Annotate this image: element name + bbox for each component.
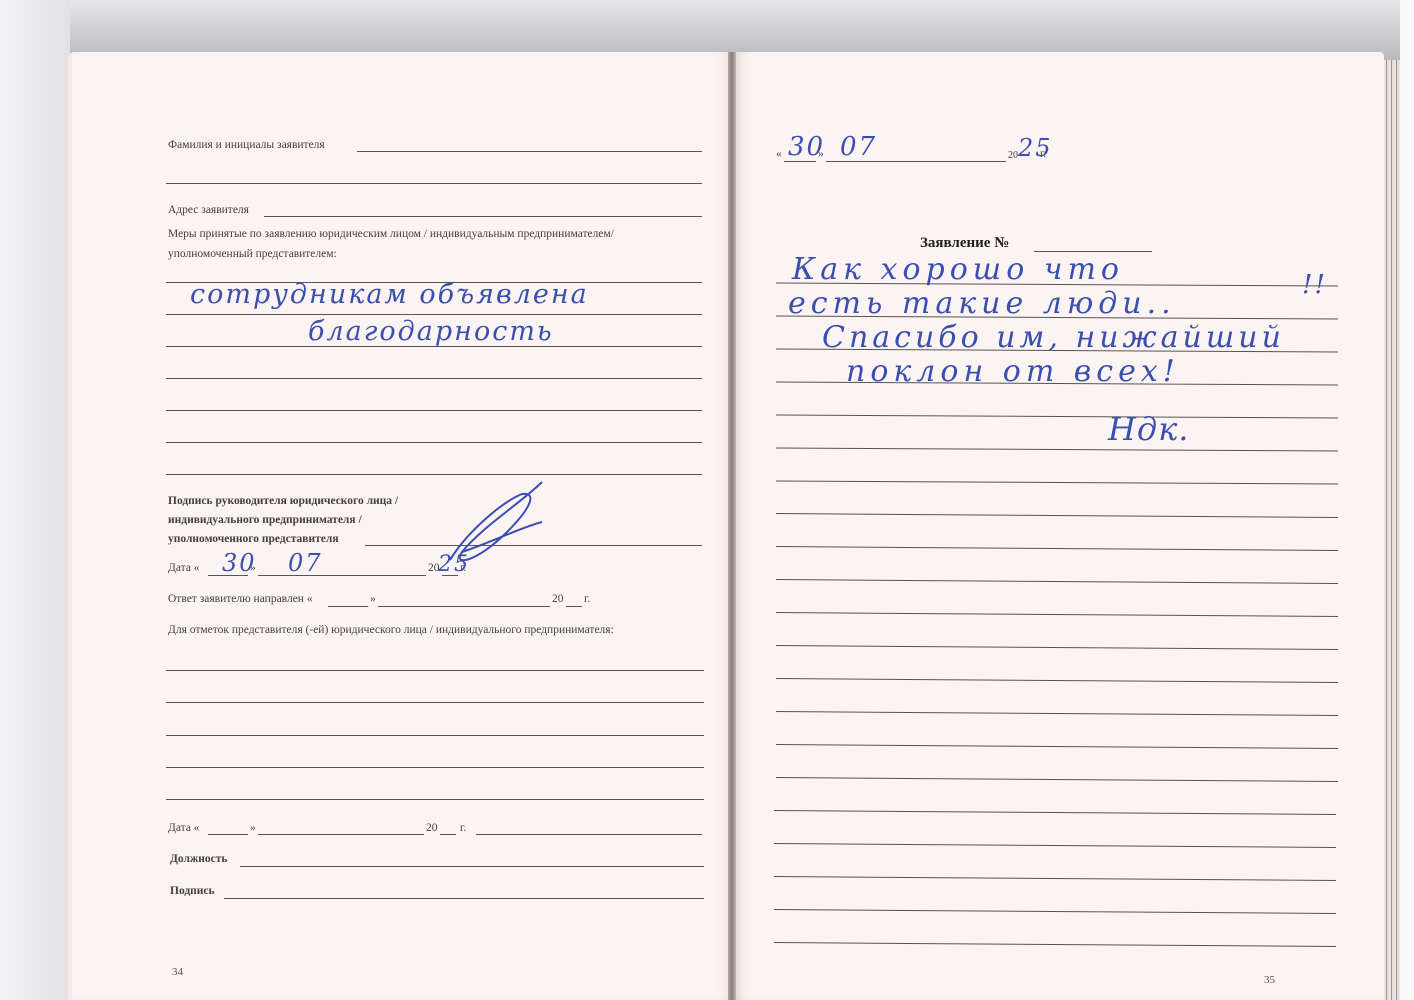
scanner-background-left (0, 0, 70, 1000)
statement-title: Заявление № (920, 235, 1009, 252)
response-year-suffix: г. (584, 593, 590, 605)
date-year-handwritten: 25 (438, 552, 470, 577)
statement-line[interactable] (774, 810, 1336, 815)
remarks-line[interactable] (166, 767, 704, 768)
right-date-year-handwritten: 25 (1018, 134, 1053, 162)
response-label: Ответ заявителю направлен « (168, 593, 313, 605)
statement-line[interactable] (776, 448, 1338, 452)
bottom-date-month-field[interactable] (258, 834, 424, 835)
measures-label-2: уполномоченный представителем: (168, 248, 337, 260)
date-label: Дата « (168, 562, 200, 574)
right-page: « » 20 г. 30 07 25 Заявление № Как хорош… (736, 52, 1384, 1000)
date-month-field[interactable] (258, 575, 426, 576)
applicant-address-field[interactable] (264, 216, 702, 217)
statement-line[interactable] (776, 579, 1338, 584)
response-quote-close: » (370, 593, 376, 605)
applicant-name-field[interactable] (357, 151, 702, 152)
measures-line[interactable] (166, 442, 702, 443)
statement-line[interactable] (774, 909, 1336, 914)
remarks-line[interactable] (166, 799, 704, 800)
measures-handwriting-line2: благодарность (308, 316, 554, 347)
margin-exclamation-marks: !! (1302, 270, 1327, 300)
applicant-address-label: Адрес заявителя (168, 204, 249, 216)
statement-line[interactable] (776, 711, 1338, 716)
scanner-background-top (0, 0, 1414, 60)
page-number-left: 34 (172, 966, 183, 978)
measures-line[interactable] (166, 410, 702, 411)
statement-line[interactable] (776, 645, 1338, 650)
statement-line[interactable] (776, 678, 1338, 683)
right-date-year-prefix: 20 (1008, 150, 1018, 161)
statement-line[interactable] (774, 942, 1336, 947)
response-year-field[interactable] (566, 606, 582, 607)
response-month-field[interactable] (378, 606, 550, 607)
bottom-date-label: Дата « (168, 822, 200, 834)
applicant-name-label: Фамилия и инициалы заявителя (168, 139, 325, 151)
statement-line[interactable] (776, 546, 1338, 551)
response-day-field[interactable] (328, 606, 368, 607)
right-date-month-handwritten: 07 (840, 132, 877, 162)
statement-line[interactable] (776, 777, 1338, 782)
statement-line[interactable] (774, 843, 1336, 848)
statement-handwriting-line2: есть такие люди.. (788, 286, 1176, 321)
bottom-signature-label: Подпись (170, 885, 215, 897)
scanner-background-right (1400, 0, 1414, 1000)
measures-label: Меры принятые по заявлению юридическим л… (168, 228, 614, 240)
signature-head-label-3: уполномоченного представителя (168, 533, 339, 545)
measures-line[interactable] (166, 314, 702, 315)
page-number-right: 35 (1264, 974, 1275, 986)
statement-handwriting-line4: поклон от всех! (846, 354, 1180, 389)
statement-line[interactable] (776, 415, 1338, 419)
statement-line[interactable] (776, 513, 1338, 518)
bottom-date-year-field[interactable] (440, 834, 456, 835)
handwritten-signature (432, 472, 552, 562)
remarks-line[interactable] (166, 702, 704, 703)
signature-head-label-2: индивидуального предпринимателя / (168, 514, 362, 526)
remarks-line[interactable] (166, 670, 704, 671)
signature-head-label: Подпись руководителя юридического лица / (168, 495, 398, 507)
right-date-open-quote: « (776, 148, 782, 160)
measures-handwriting-line1: сотрудникам объявлена (190, 279, 589, 310)
bottom-date-year-prefix: 20 (426, 822, 438, 834)
right-date-day-handwritten: 30 (788, 132, 825, 162)
bottom-date-extra-field[interactable] (476, 834, 702, 835)
statement-line[interactable] (776, 744, 1338, 749)
bottom-signature-field[interactable] (224, 898, 704, 899)
left-page: Фамилия и инициалы заявителя Адрес заяви… (68, 52, 732, 1000)
statement-handwriting-line3: Спасибо им, нижайший (822, 320, 1285, 355)
position-label: Должность (170, 853, 228, 865)
statement-line[interactable] (776, 481, 1338, 485)
statement-line[interactable] (774, 876, 1336, 881)
book-page-edges (1384, 60, 1400, 1000)
bottom-date-quote-close: » (250, 822, 256, 834)
applicant-signature-handwritten: Ндк. (1108, 410, 1189, 448)
measures-line[interactable] (166, 378, 702, 379)
book-gutter (728, 52, 736, 1000)
bottom-date-year-suffix: г. (460, 822, 466, 834)
remarks-line[interactable] (166, 735, 704, 736)
applicant-name-field-2[interactable] (166, 183, 702, 184)
date-month-handwritten: 07 (288, 549, 323, 577)
statement-line[interactable] (776, 612, 1338, 617)
date-day-handwritten: 30 (222, 549, 257, 577)
remarks-label: Для отметок представителя (-ей) юридичес… (168, 624, 614, 636)
statement-handwriting-line1: Как хорошо что (792, 252, 1124, 287)
position-field[interactable] (240, 866, 704, 867)
bottom-date-day-field[interactable] (208, 834, 248, 835)
response-year-prefix: 20 (552, 593, 564, 605)
